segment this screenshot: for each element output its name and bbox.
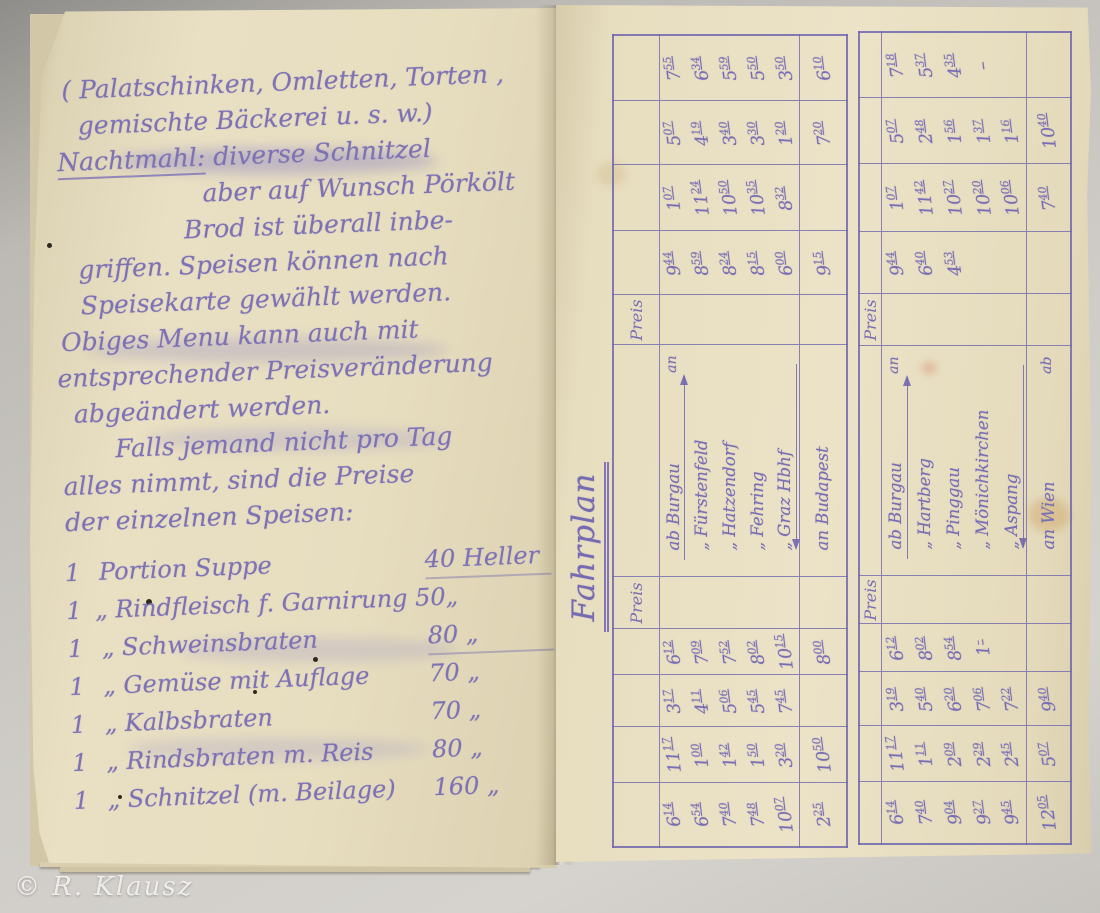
- time-cell: [1026, 32, 1071, 98]
- empty-header-cell: [613, 783, 659, 847]
- station-cell: an Budapest: [799, 345, 847, 577]
- time-value: 634: [689, 54, 714, 82]
- time-cell: [997, 624, 1026, 672]
- time-cell: 317: [659, 675, 687, 727]
- time-cell: 1117: [881, 726, 910, 782]
- time-cell: 752: [715, 629, 743, 675]
- preis-cell: [881, 294, 910, 346]
- station-suffix: ab: [1039, 357, 1055, 374]
- time-cell: 142: [715, 727, 743, 783]
- time-cell: 722: [997, 672, 1026, 726]
- time-value: 225: [810, 801, 835, 829]
- preis-cell: [771, 577, 799, 629]
- time-value: 1007: [772, 795, 798, 834]
- empty-header-cell: [613, 35, 659, 101]
- time-value: 107: [661, 184, 686, 212]
- time-cell: [799, 675, 847, 727]
- time-cell: 350: [771, 35, 799, 101]
- preis-cell: [910, 576, 939, 624]
- time-cell: 225: [799, 783, 847, 847]
- time-value: 137: [970, 117, 995, 145]
- preis-cell: [715, 295, 743, 345]
- time-value: 156: [941, 117, 966, 145]
- time-value: 720: [810, 119, 835, 147]
- time-cell: 824: [715, 231, 743, 295]
- time-cell: 111: [910, 726, 939, 782]
- time-value: 150: [745, 741, 770, 769]
- time-cell: 748: [743, 783, 771, 847]
- time-value: 435: [941, 51, 966, 79]
- station-cell: „ Mönichkirchen: [968, 346, 997, 576]
- time-cell: 614: [881, 782, 910, 844]
- menu-qty: 1: [70, 706, 105, 743]
- timetable: PreisPreis6141117317612ab Burgauan944107…: [612, 34, 848, 848]
- time-cell: 245: [997, 726, 1026, 782]
- time-cell: 435: [939, 32, 968, 98]
- time-value: 612: [883, 634, 908, 662]
- time-cell: 209: [939, 726, 968, 782]
- time-value: 1006: [998, 179, 1024, 218]
- station-label: „ Graz Hbhf: [775, 450, 794, 550]
- time-value: 1050: [810, 736, 836, 775]
- time-cell: [1026, 624, 1071, 672]
- direction-arrow-right: [907, 377, 908, 559]
- time-cell: 854: [939, 624, 968, 672]
- time-cell: 654: [687, 783, 715, 847]
- empty-header-cell: [613, 727, 659, 783]
- time-cell: 120: [771, 101, 799, 165]
- menu-qty: 1: [64, 554, 99, 591]
- time-value: 453: [941, 249, 966, 277]
- preis-cell: [687, 577, 715, 629]
- time-cell: 507: [1026, 726, 1071, 782]
- time-cell: 1124: [687, 165, 715, 231]
- time-value: 740: [717, 801, 742, 829]
- manuscript-text-block: ( Palatschinken, Omletten, Torten , gemi…: [46, 55, 560, 821]
- time-cell: –: [968, 32, 997, 98]
- time-cell: 802: [910, 624, 939, 672]
- preis-cell: [799, 577, 847, 629]
- time-cell: 107: [881, 164, 910, 232]
- station-label: „ Mönichkirchen: [973, 410, 992, 550]
- time-cell: 1006: [997, 164, 1026, 232]
- time-value: 545: [745, 687, 770, 715]
- time-cell: 720: [799, 101, 847, 165]
- time-cell: 706: [968, 672, 997, 726]
- station-label: „ Aspang: [1002, 474, 1021, 550]
- preis-cell: [799, 295, 847, 345]
- empty-header-cell: [613, 165, 659, 231]
- station-cell: „ Pinggau: [939, 346, 968, 576]
- time-cell: 614: [659, 783, 687, 847]
- empty-header-cell: [613, 101, 659, 165]
- time-value: 927: [970, 799, 995, 827]
- time-cell: 859: [687, 231, 715, 295]
- time-value: 1124: [688, 179, 714, 218]
- station-label: ab Burgau: [886, 462, 905, 549]
- menu-qty: 1: [69, 668, 104, 705]
- time-cell: 545: [743, 675, 771, 727]
- time-value: 559: [717, 54, 742, 82]
- time-cell: 540: [910, 672, 939, 726]
- station-label: ab Burgau: [664, 463, 683, 550]
- time-value: 1040: [1035, 112, 1061, 151]
- station-cell: „ Hartberg: [910, 346, 939, 576]
- preis-header: Preis: [613, 295, 659, 345]
- time-value: 507: [1036, 740, 1061, 768]
- empty-header-cell: [613, 345, 659, 577]
- time-value: 100: [689, 741, 714, 769]
- time-value: 142: [717, 741, 742, 769]
- time-value: 854: [941, 634, 966, 662]
- time-cell: 137: [968, 98, 997, 164]
- preis-cell: [939, 294, 968, 346]
- time-value: 248: [912, 117, 937, 145]
- station-cell: „ Fehring: [743, 345, 771, 577]
- time-value: 802: [912, 634, 937, 662]
- time-value: 229: [970, 740, 995, 768]
- time-cell: 507: [881, 98, 910, 164]
- time-value: 319: [883, 685, 908, 713]
- time-cell: 116: [997, 98, 1026, 164]
- time-cell: 1050: [715, 165, 743, 231]
- station-label: „ Hartberg: [915, 458, 934, 549]
- time-cell: 802: [743, 629, 771, 675]
- time-cell: 904: [939, 782, 968, 844]
- time-cell: 927: [968, 782, 997, 844]
- time-value: 832: [772, 184, 797, 212]
- empty-header-cell: [859, 232, 881, 294]
- time-cell: 1020: [968, 164, 997, 232]
- time-value: 540: [912, 685, 937, 713]
- time-cell: 740: [1026, 164, 1071, 232]
- time-cell: 940: [1026, 672, 1071, 726]
- station-label: „ Fehring: [748, 471, 767, 550]
- time-value: 709: [689, 638, 714, 666]
- time-value: 612: [661, 638, 686, 666]
- time-cell: 319: [881, 672, 910, 726]
- time-value: 1020: [969, 179, 995, 218]
- menu-qty: 1: [73, 782, 108, 819]
- time-cell: [1026, 232, 1071, 294]
- preis-cell: [659, 577, 687, 629]
- time-value: 740: [1036, 184, 1061, 212]
- time-value: 116: [999, 117, 1024, 145]
- time-cell: 718: [881, 32, 910, 98]
- watermark: © R. Klausz: [14, 872, 193, 902]
- time-value: 107: [883, 184, 908, 212]
- time-value: 614: [661, 801, 686, 829]
- time-value: 245: [999, 740, 1024, 768]
- time-cell: 800: [799, 629, 847, 675]
- menu-qty: 1: [72, 744, 107, 781]
- time-cell: 945: [997, 782, 1026, 844]
- station-cell: „ Hatzendorf: [715, 345, 743, 577]
- station-suffix: an: [886, 357, 902, 374]
- time-value: 718: [883, 51, 908, 79]
- time-value: 944: [661, 249, 686, 277]
- time-cell: 610: [799, 35, 847, 101]
- time-value: 506: [717, 687, 742, 715]
- time-cell: 709: [687, 629, 715, 675]
- time-cell: 1205: [1026, 782, 1071, 844]
- time-value: 654: [689, 801, 714, 829]
- empty-header-cell: [859, 672, 881, 726]
- time-cell: 1015: [771, 629, 799, 675]
- station-suffix: an: [664, 356, 680, 373]
- station-cell: an Wienab: [1026, 346, 1071, 576]
- time-value: 614: [883, 799, 908, 827]
- time-value: 620: [941, 685, 966, 713]
- station-label: „ Pinggau: [944, 467, 963, 549]
- menu-price-list: 1Portion Suppe40 Heller1„ Rindfleisch f.…: [64, 537, 560, 821]
- time-value: 745: [772, 687, 797, 715]
- preis-cell: [687, 295, 715, 345]
- time-cell: 915: [799, 231, 847, 295]
- empty-header-cell: [859, 98, 881, 164]
- empty-header-cell: [613, 629, 659, 675]
- time-cell: [997, 32, 1026, 98]
- menu-price: 40 Heller: [424, 537, 551, 580]
- age-speck: [47, 243, 52, 248]
- time-cell: 320: [771, 727, 799, 783]
- empty-header-cell: [859, 32, 881, 98]
- time-value: 824: [717, 249, 742, 277]
- time-cell: 832: [771, 165, 799, 231]
- time-value: 800: [810, 638, 835, 666]
- time-cell: 506: [715, 675, 743, 727]
- time-value: 944: [883, 249, 908, 277]
- station-label: an Budapest: [813, 446, 832, 550]
- time-cell: 1035: [743, 165, 771, 231]
- time-value: 1015: [772, 633, 798, 672]
- preis-cell: [968, 294, 997, 346]
- preis-header: Preis: [859, 294, 881, 346]
- menu-qty: 1: [66, 592, 96, 629]
- station-label: „ Hatzendorf: [720, 442, 739, 550]
- time-value: 722: [999, 685, 1024, 713]
- time-value: 550: [745, 54, 770, 82]
- time-cell: 1142: [910, 164, 939, 232]
- time-value: 330: [745, 119, 770, 147]
- time-cell: 156: [939, 98, 968, 164]
- preis-cell: [659, 295, 687, 345]
- time-value: 859: [689, 249, 714, 277]
- time-value: 1035: [744, 179, 770, 218]
- preis-header: Preis: [613, 577, 659, 629]
- preis-cell: [910, 294, 939, 346]
- time-cell: 229: [968, 726, 997, 782]
- time-value: 507: [883, 117, 908, 145]
- fahrplan-table-graz-budapest: PreisPreis6141117317612ab Burgauan944107…: [612, 36, 848, 848]
- fahrplan-title: Fahrplan: [566, 462, 609, 632]
- time-cell: 1117: [659, 727, 687, 783]
- time-cell: 745: [771, 675, 799, 727]
- preis-cell: [881, 576, 910, 624]
- time-cell: 634: [687, 35, 715, 101]
- time-value: 752: [717, 638, 742, 666]
- time-value: 1142: [911, 179, 937, 218]
- time-cell: 107: [659, 165, 687, 231]
- time-cell: 1050: [799, 727, 847, 783]
- time-cell: 248: [910, 98, 939, 164]
- time-cell: 150: [743, 727, 771, 783]
- time-cell: 1040: [1026, 98, 1071, 164]
- photo-of-booklet: ( Palatschinken, Omletten, Torten , gemi…: [0, 0, 1100, 913]
- time-value: 1117: [883, 735, 909, 774]
- time-value: 610: [810, 54, 835, 82]
- time-value: 706: [970, 685, 995, 713]
- time-cell: 550: [743, 35, 771, 101]
- time-cell: [997, 232, 1026, 294]
- direction-arrow-left: [796, 364, 797, 548]
- station-label: „ Fürstenfeld: [692, 440, 711, 551]
- time-value: 317: [661, 687, 686, 715]
- preis-cell: [743, 295, 771, 345]
- time-value: 748: [745, 801, 770, 829]
- time-cell: 620: [939, 672, 968, 726]
- time-cell: [968, 232, 997, 294]
- nachtmahl-heading: Nachtmahl:: [57, 143, 206, 181]
- time-value: 640: [912, 249, 937, 277]
- time-value: 111: [912, 740, 937, 768]
- time-cell: 640: [910, 232, 939, 294]
- empty-header-cell: [859, 726, 881, 782]
- preis-cell: [968, 576, 997, 624]
- preis-header: Preis: [859, 576, 881, 624]
- manuscript-line: diverse Schnitzel: [205, 134, 432, 172]
- time-value: 350: [772, 54, 797, 82]
- time-value: 1027: [940, 179, 966, 218]
- time-cell: 1027: [939, 164, 968, 232]
- time-value: 915: [810, 249, 835, 277]
- time-cell: 340: [715, 101, 743, 165]
- time-value: 600: [772, 249, 797, 277]
- time-value: 904: [941, 799, 966, 827]
- time-value: 1117: [660, 736, 686, 775]
- time-cell: 600: [771, 231, 799, 295]
- time-value: 815: [745, 249, 770, 277]
- preis-cell: [743, 577, 771, 629]
- time-value: 340: [717, 119, 742, 147]
- time-cell: 507: [659, 101, 687, 165]
- time-value: 755: [661, 54, 686, 82]
- time-cell: 559: [715, 35, 743, 101]
- preis-cell: [1026, 576, 1071, 624]
- station-cell: „ Fürstenfeld: [687, 345, 715, 577]
- time-value: 419: [689, 119, 714, 147]
- time-cell: 944: [881, 232, 910, 294]
- time-cell: 612: [659, 629, 687, 675]
- time-cell: 419: [687, 101, 715, 165]
- empty-header-cell: [613, 231, 659, 295]
- preis-cell: [1026, 294, 1071, 346]
- time-cell: 100: [687, 727, 715, 783]
- time-cell: 815: [743, 231, 771, 295]
- preis-cell: [939, 576, 968, 624]
- preis-cell: [715, 577, 743, 629]
- time-cell: 537: [910, 32, 939, 98]
- time-value: 940: [1036, 685, 1061, 713]
- time-value: 945: [999, 799, 1024, 827]
- time-cell: 1007: [771, 783, 799, 847]
- timetable: PreisPreis6141117319612ab Burgauan944107…: [858, 31, 1072, 845]
- empty-header-cell: [859, 164, 881, 232]
- time-value: 1205: [1035, 793, 1061, 832]
- time-cell: [799, 165, 847, 231]
- empty-header-cell: [859, 782, 881, 844]
- time-value: 1050: [716, 179, 742, 218]
- time-cell: 612: [881, 624, 910, 672]
- time-cell: 944: [659, 231, 687, 295]
- time-value: 537: [912, 51, 937, 79]
- time-cell: 330: [743, 101, 771, 165]
- time-value: 802: [745, 638, 770, 666]
- time-value: –: [972, 60, 993, 71]
- time-value: 411: [689, 687, 714, 715]
- empty-header-cell: [613, 675, 659, 727]
- empty-header-cell: [859, 346, 881, 576]
- time-value: 507: [661, 119, 686, 147]
- station-label: an Wien: [1039, 481, 1058, 549]
- preis-cell: [997, 576, 1026, 624]
- preis-cell: [771, 295, 799, 345]
- direction-arrow-right: [684, 376, 685, 560]
- time-value: 320: [772, 741, 797, 769]
- time-cell: 740: [910, 782, 939, 844]
- time-cell: 411: [687, 675, 715, 727]
- time-value: 120: [772, 119, 797, 147]
- empty-header-cell: [859, 624, 881, 672]
- time-value: 209: [941, 740, 966, 768]
- preis-cell: [997, 294, 1026, 346]
- time-value: 1–: [971, 638, 995, 657]
- time-cell: 740: [715, 783, 743, 847]
- time-cell: 1–: [968, 624, 997, 672]
- time-value: 740: [912, 799, 937, 827]
- time-cell: 453: [939, 232, 968, 294]
- menu-qty: 1: [67, 630, 102, 667]
- time-cell: 755: [659, 35, 687, 101]
- fahrplan-table-aspang-wien: PreisPreis6141117319612ab Burgauan944107…: [858, 33, 1070, 845]
- direction-arrow-left: [1023, 365, 1024, 547]
